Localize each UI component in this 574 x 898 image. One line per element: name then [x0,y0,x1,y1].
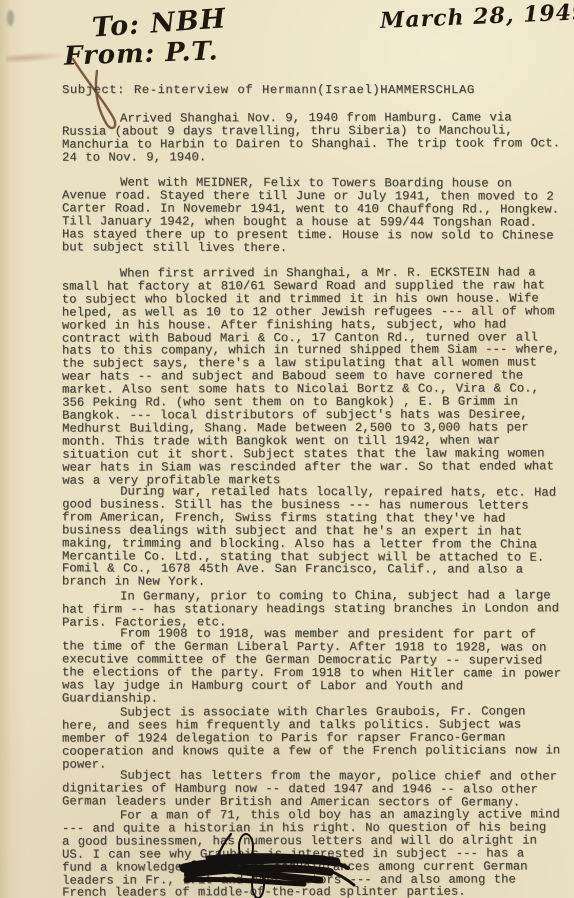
paragraph-arrival: Arrived Shanghai Nov. 9, 1940 from Hambu… [62,111,562,164]
paragraph-residence: Went with MEIDNER, Felix to Towers Board… [62,176,562,255]
paragraph-graubois-association: Subject is associate with Charles Graubo… [62,705,562,771]
document-page: To: NBH From: P.T. March 28, 1949 Subjec… [0,0,574,898]
paper-stain [6,50,69,64]
paragraph-wartime-business: During war, retailed hats locally, repai… [62,486,562,591]
subject-line: Subject: Re-interview of Hermann(Israel)… [62,84,562,97]
paragraph-political-history: From 1908 to 1918, was member and presid… [62,628,562,707]
handwritten-date: March 28, 1949 [380,0,566,34]
typed-body: Subject: Re-interview of Hermann(Israel)… [62,84,562,898]
paragraph-germany-firm: In Germany, prior to coming to China, su… [62,589,562,629]
paragraph-hamburg-letters: Subject has letters from the mayor, poli… [62,770,562,810]
paper-speck [7,10,14,26]
paragraph-hat-business: When first arrived in Shanghai, a Mr. R.… [62,266,563,487]
redacted-signature-scribble-icon [178,830,363,898]
